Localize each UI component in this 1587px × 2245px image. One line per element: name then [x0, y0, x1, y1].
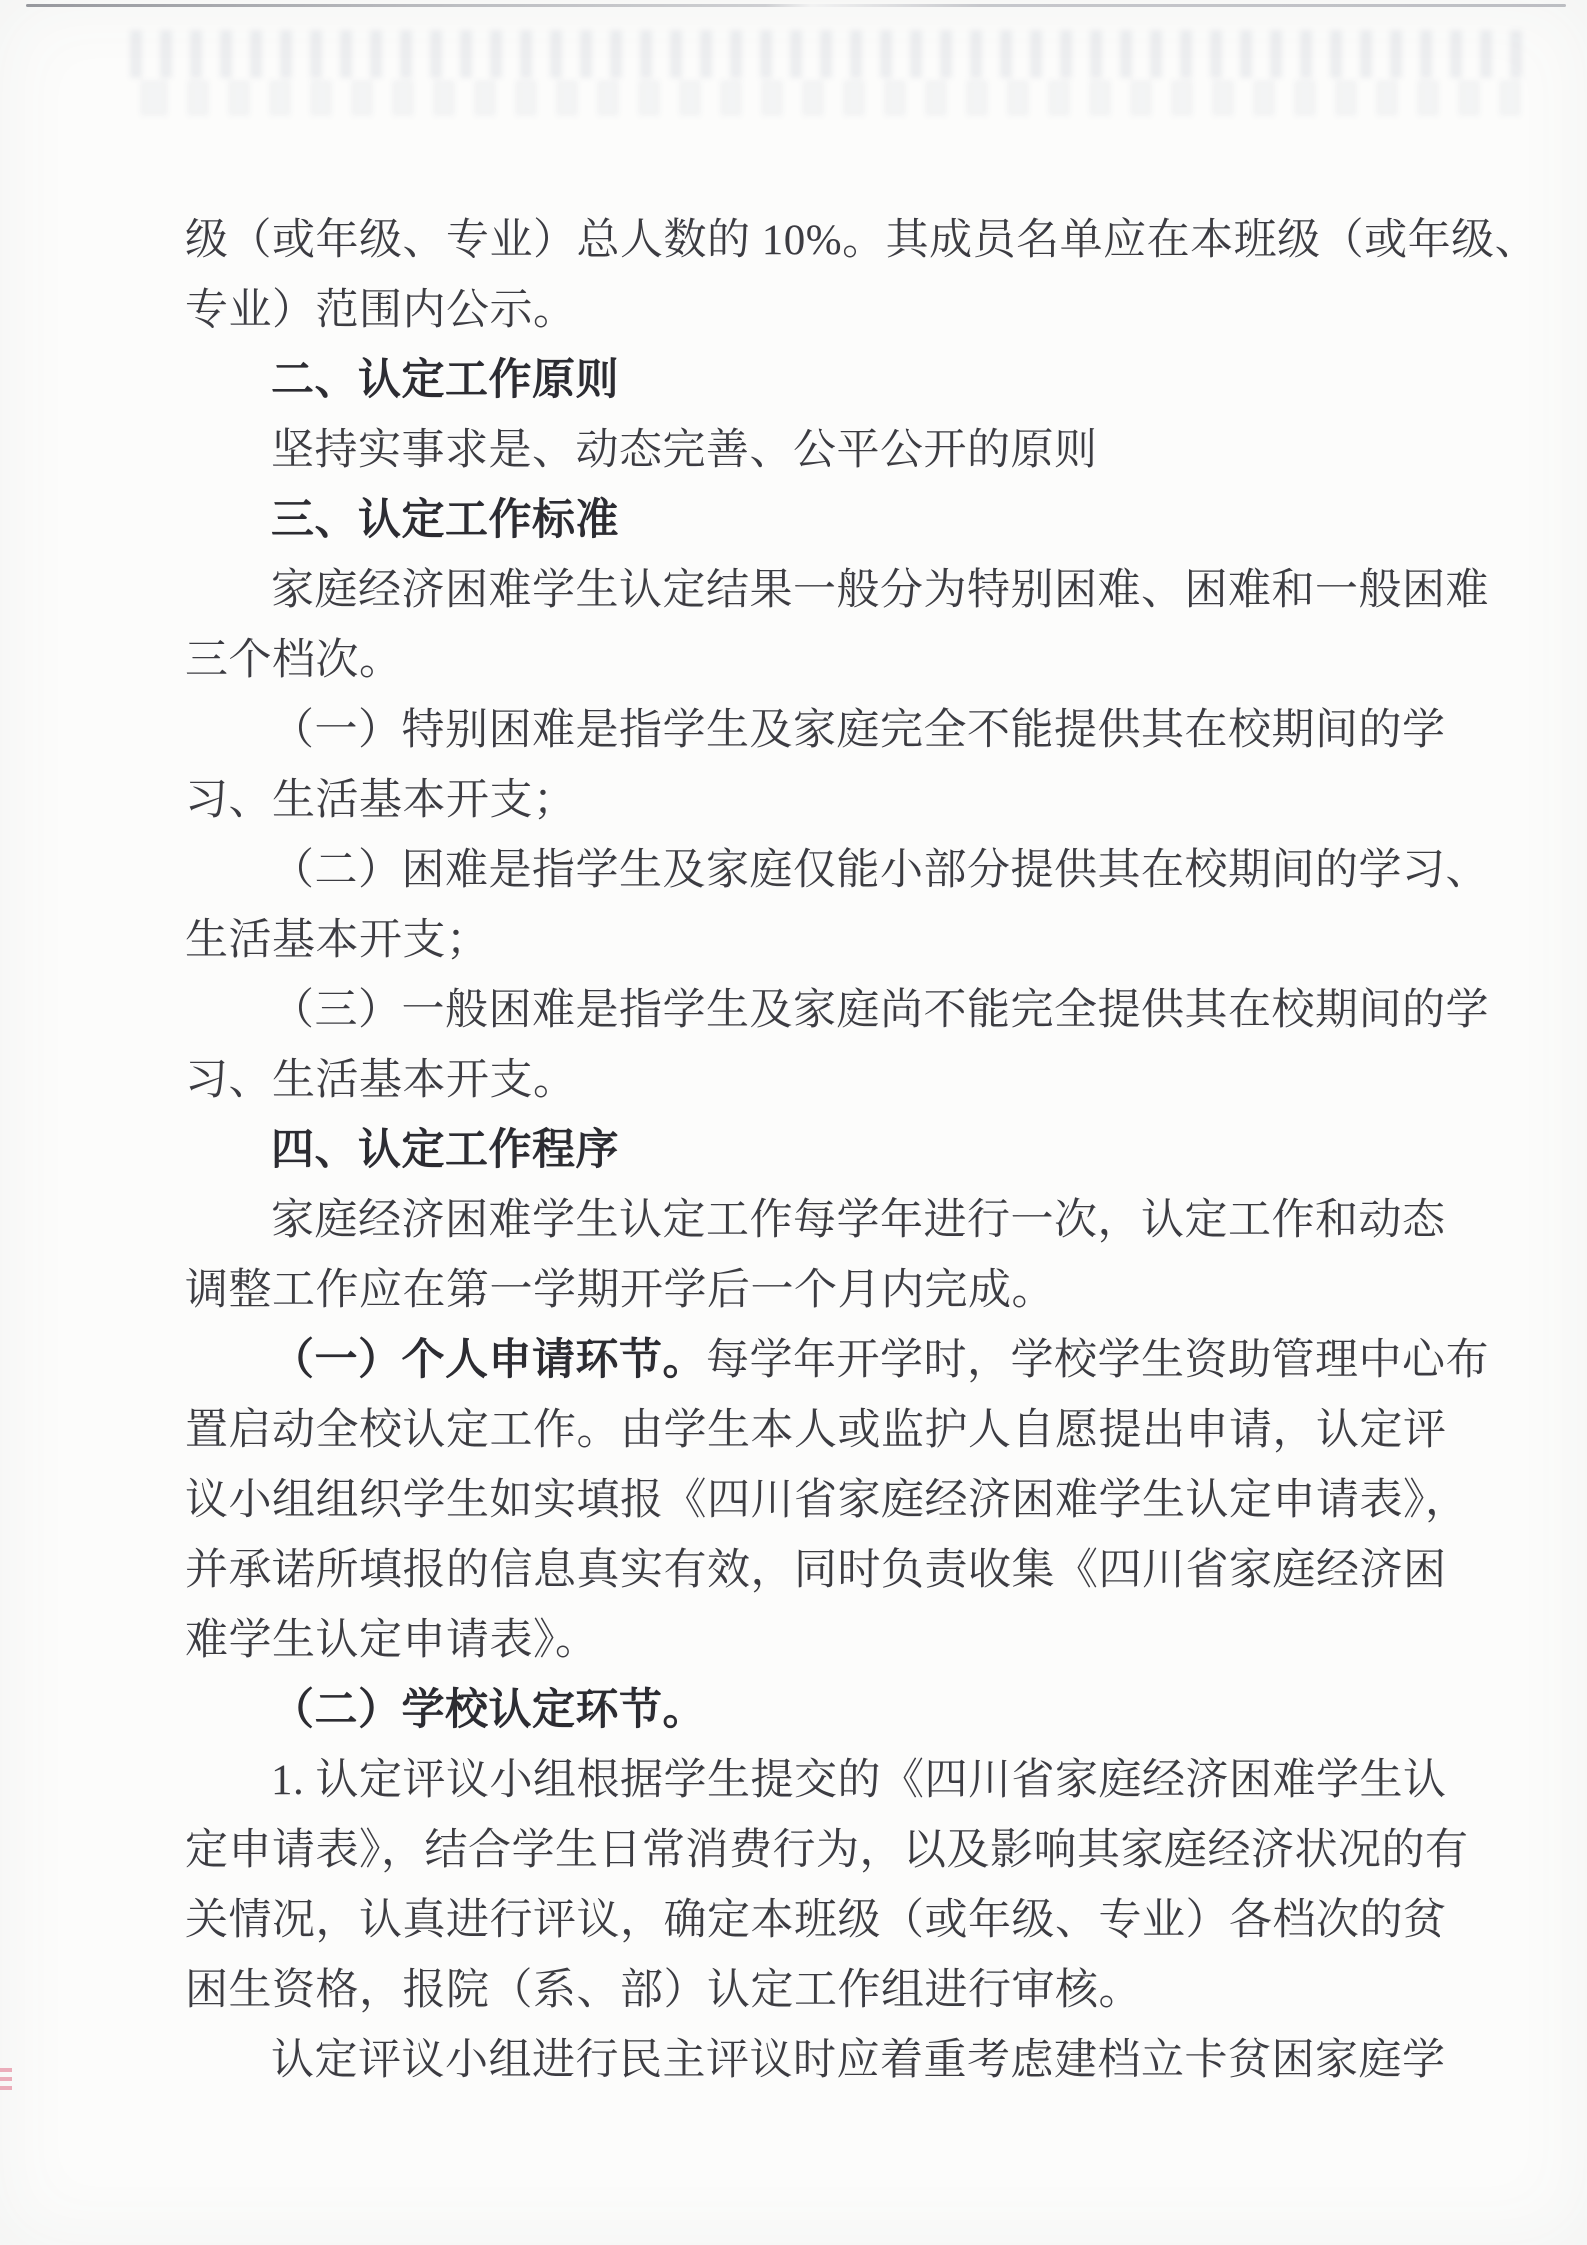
- scanned-document-page: 级（或年级、专业）总人数的 10%。其成员名单应在本班级（或年级、专业）范围内公…: [0, 0, 1587, 2245]
- document-body: 级（或年级、专业）总人数的 10%。其成员名单应在本班级（或年级、专业）范围内公…: [185, 206, 1357, 2096]
- text-line: 四、认定工作程序: [185, 1116, 1357, 1186]
- text-line: 家庭经济困难学生认定结果一般分为特别困难、困难和一般困难: [185, 556, 1357, 626]
- text-line: （一）个人申请环节。每学年开学时，学校学生资助管理中心布: [185, 1326, 1357, 1396]
- line-text: 习、生活基本开支；: [185, 777, 577, 824]
- text-line: 习、生活基本开支。: [185, 1046, 1357, 1116]
- text-line: 困生资格，报院（系、部）认定工作组进行审核。: [185, 1956, 1357, 2026]
- line-text: （一）特别困难是指学生及家庭完全不能提供其在校期间的学: [271, 707, 1446, 754]
- text-line: （二）困难是指学生及家庭仅能小部分提供其在校期间的学习、: [185, 836, 1357, 906]
- line-text: 三、认定工作标准: [271, 497, 619, 544]
- line-text: （二）困难是指学生及家庭仅能小部分提供其在校期间的学习、: [271, 847, 1489, 894]
- line-text: （三）一般困难是指学生及家庭尚不能完全提供其在校期间的学: [271, 987, 1489, 1034]
- text-line: 习、生活基本开支；: [185, 766, 1357, 836]
- scan-left-mark-artifact: [0, 2064, 12, 2090]
- text-line: 坚持实事求是、动态完善、公平公开的原则: [185, 416, 1357, 486]
- text-line: 难学生认定申请表》。: [185, 1606, 1357, 1676]
- line-text: 生活基本开支；: [185, 917, 490, 964]
- line-text: 家庭经济困难学生认定工作每学年进行一次，认定工作和动态: [271, 1197, 1446, 1244]
- line-text: 置启动全校认定工作。由学生本人或监护人自愿提出申请，认定评: [185, 1407, 1447, 1454]
- text-line: 二、认定工作原则: [185, 346, 1357, 416]
- text-line: 级（或年级、专业）总人数的 10%。其成员名单应在本班级（或年级、: [185, 206, 1357, 276]
- line-text: 认定评议小组进行民主评议时应着重考虑建档立卡贫困家庭学: [271, 2037, 1446, 2084]
- line-text: 1. 认定评议小组根据学生提交的《四川省家庭经济困难学生认: [271, 1757, 1447, 1804]
- text-line: 关情况，认真进行评议，确定本班级（或年级、专业）各档次的贫: [185, 1886, 1357, 1956]
- text-line: 三个档次。: [185, 626, 1357, 696]
- line-text: 级（或年级、专业）总人数的 10%。其成员名单应在本班级（或年级、: [185, 217, 1538, 264]
- text-line: 定申请表》，结合学生日常消费行为，以及影响其家庭经济状况的有: [185, 1816, 1357, 1886]
- text-line: 家庭经济困难学生认定工作每学年进行一次，认定工作和动态: [185, 1186, 1357, 1256]
- line-text: 难学生认定申请表》。: [185, 1617, 599, 1664]
- line-text: 定申请表》，结合学生日常消费行为，以及影响其家庭经济状况的有: [185, 1827, 1469, 1874]
- text-line: （一）特别困难是指学生及家庭完全不能提供其在校期间的学: [185, 696, 1357, 766]
- line-text: 三个档次。: [185, 637, 403, 684]
- line-text: 调整工作应在第一学期开学后一个月内完成。: [185, 1267, 1055, 1314]
- line-text: 二、认定工作原则: [271, 357, 619, 404]
- text-line: 认定评议小组进行民主评议时应着重考虑建档立卡贫困家庭学: [185, 2026, 1357, 2096]
- text-line: 置启动全校认定工作。由学生本人或监护人自愿提出申请，认定评: [185, 1396, 1357, 1466]
- line-text: （二）学校认定环节。: [271, 1687, 706, 1734]
- line-text: 议小组组织学生如实填报《四川省家庭经济困难学生认定申请表》，: [185, 1477, 1469, 1524]
- line-text: 专业）范围内公示。: [185, 287, 577, 334]
- line-text: 坚持实事求是、动态完善、公平公开的原则: [271, 427, 1098, 474]
- text-line: 专业）范围内公示。: [185, 276, 1357, 346]
- text-line: 生活基本开支；: [185, 906, 1357, 976]
- bleedthrough-artifact: [130, 24, 1530, 124]
- line-lead: （一）个人申请环节。: [271, 1337, 706, 1384]
- text-line: 议小组组织学生如实填报《四川省家庭经济困难学生认定申请表》，: [185, 1466, 1357, 1536]
- scan-edge-artifact: [26, 4, 1566, 7]
- text-line: 1. 认定评议小组根据学生提交的《四川省家庭经济困难学生认: [185, 1746, 1357, 1816]
- text-line: 并承诺所填报的信息真实有效，同时负责收集《四川省家庭经济困: [185, 1536, 1357, 1606]
- line-text: 关情况，认真进行评议，确定本班级（或年级、专业）各档次的贫: [185, 1897, 1447, 1944]
- line-text: 每学年开学时，学校学生资助管理中心布: [706, 1337, 1489, 1384]
- line-text: 并承诺所填报的信息真实有效，同时负责收集《四川省家庭经济困: [185, 1547, 1447, 1594]
- text-line: 调整工作应在第一学期开学后一个月内完成。: [185, 1256, 1357, 1326]
- line-text: 家庭经济困难学生认定结果一般分为特别困难、困难和一般困难: [271, 567, 1489, 614]
- line-text: 习、生活基本开支。: [185, 1057, 577, 1104]
- text-line: （三）一般困难是指学生及家庭尚不能完全提供其在校期间的学: [185, 976, 1357, 1046]
- line-text: 四、认定工作程序: [271, 1127, 619, 1174]
- text-line: （二）学校认定环节。: [185, 1676, 1357, 1746]
- line-text: 困生资格，报院（系、部）认定工作组进行审核。: [185, 1967, 1142, 2014]
- text-line: 三、认定工作标准: [185, 486, 1357, 556]
